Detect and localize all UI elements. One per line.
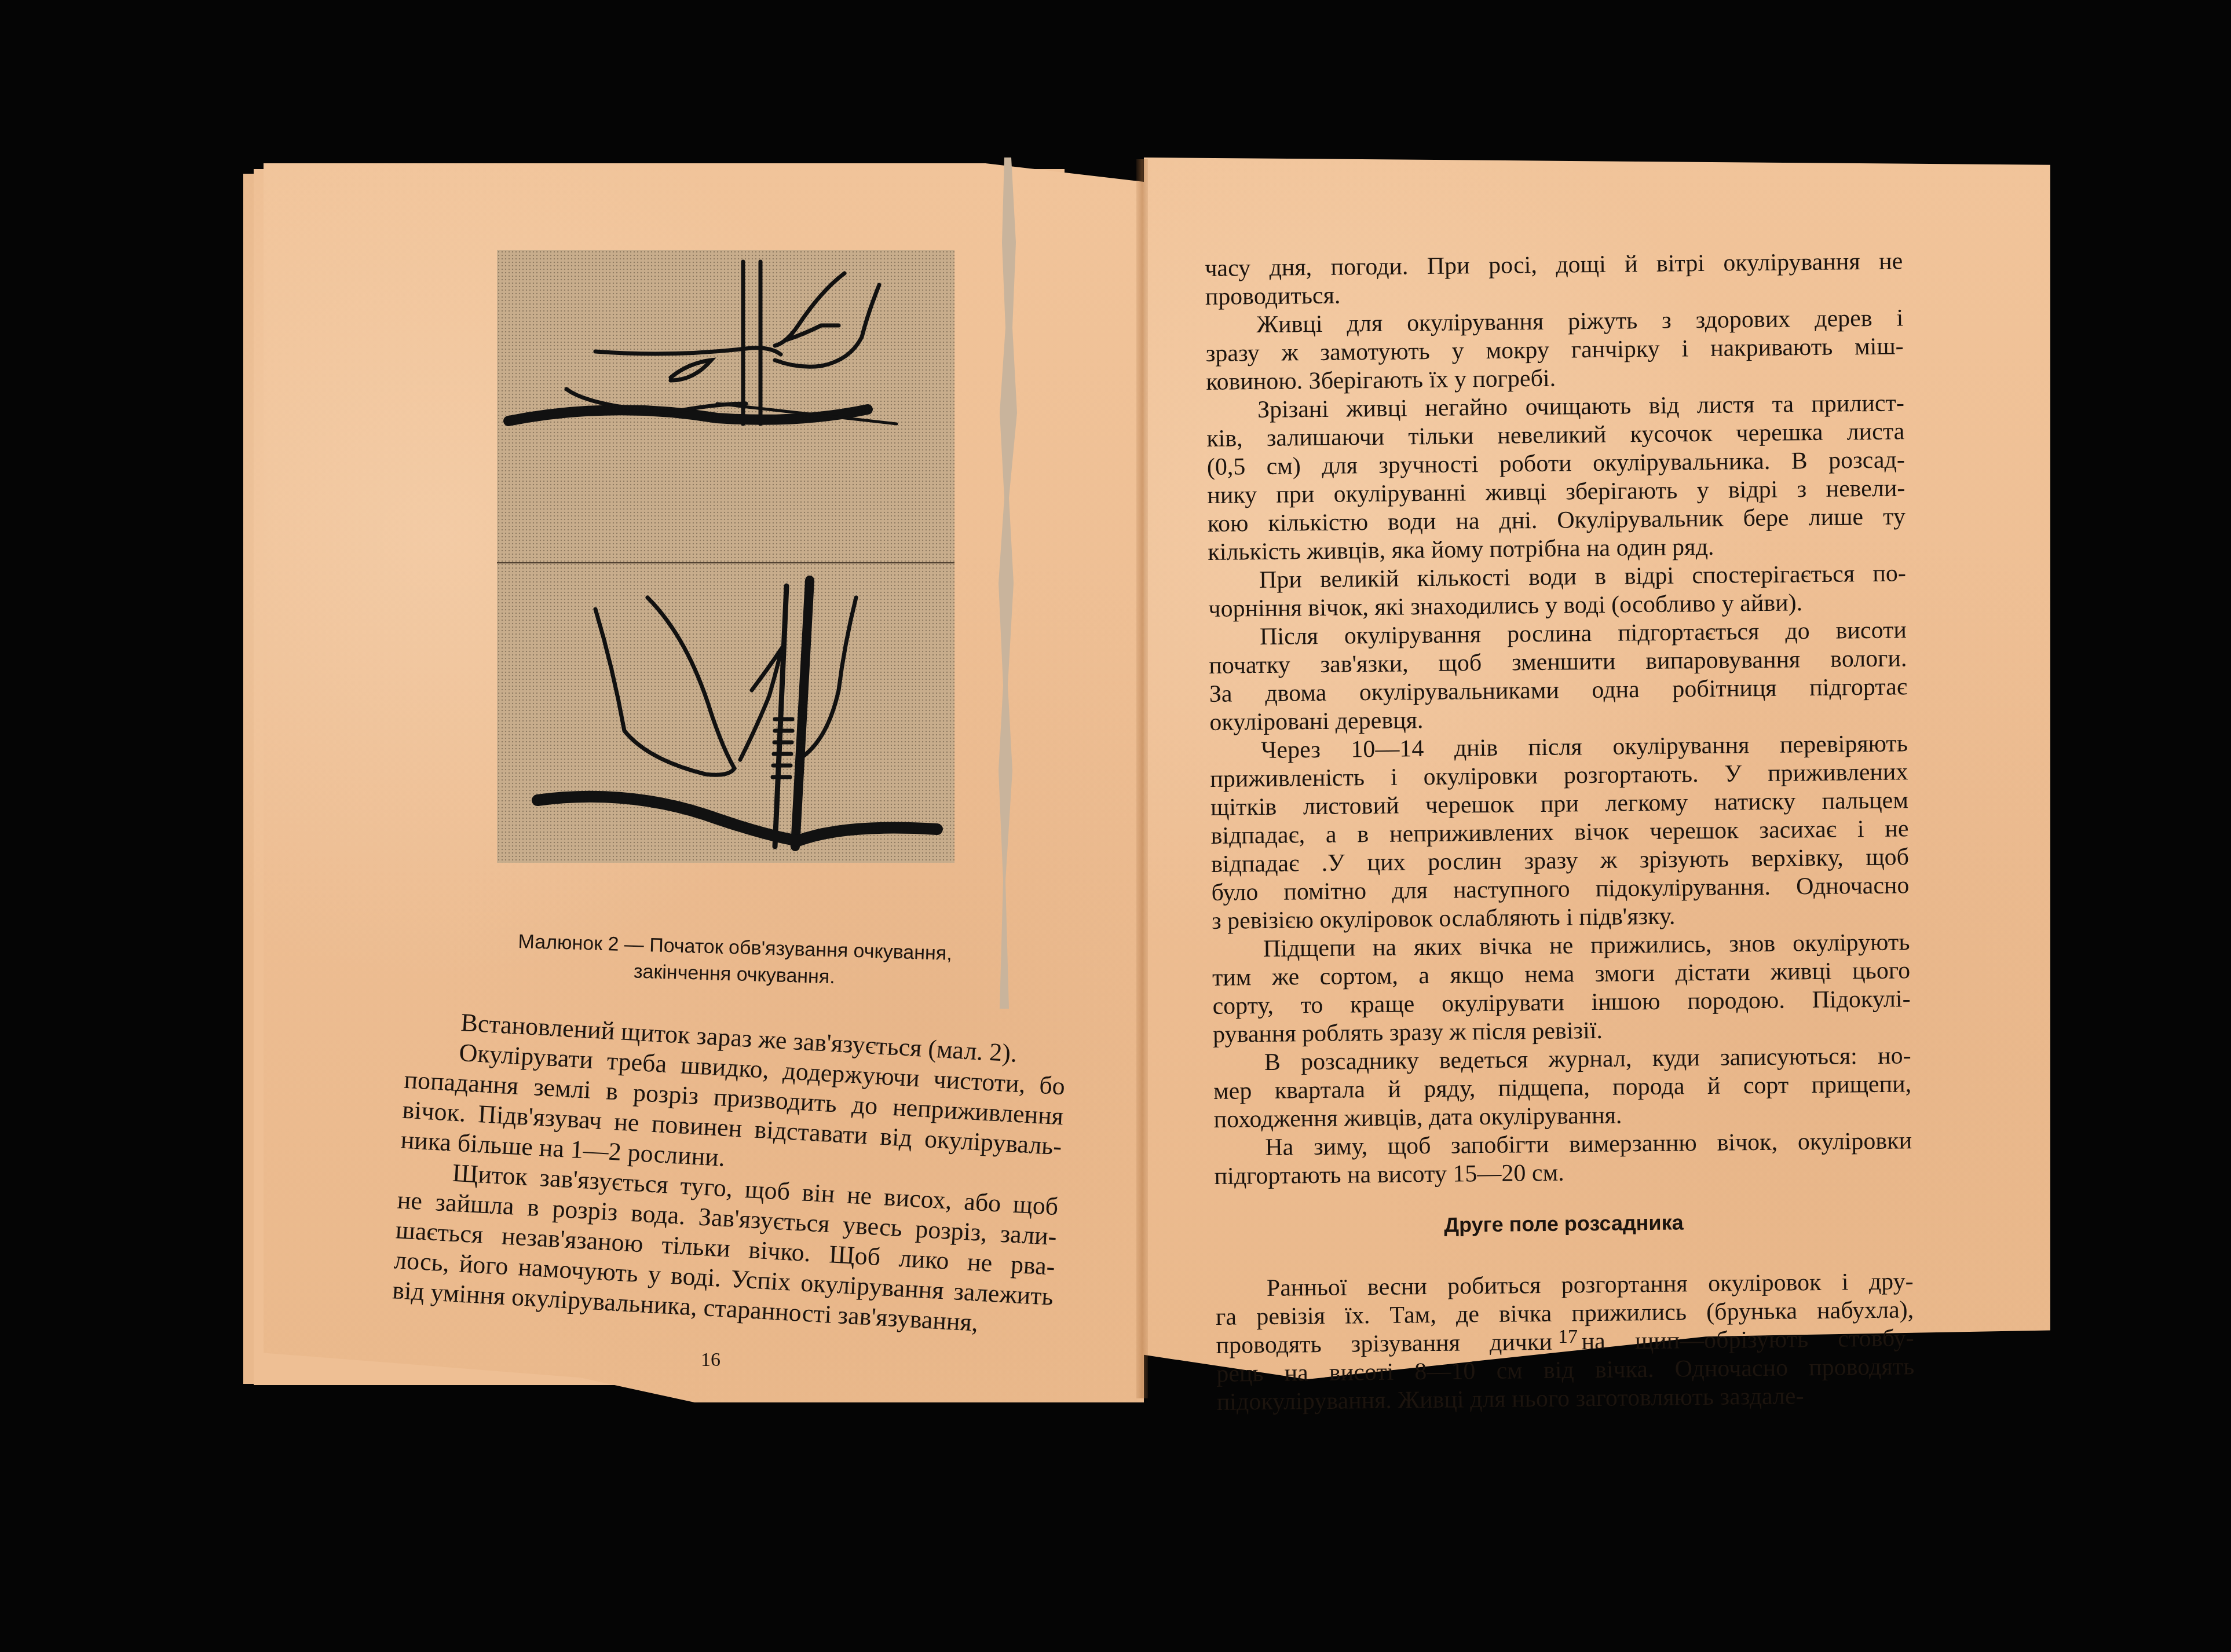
figure-2-illustration — [497, 250, 954, 863]
paragraph: Живці для окулірування ріжуть з здорових… — [1205, 304, 1904, 397]
paragraph: Після окулірування рослина підгортається… — [1209, 616, 1908, 737]
paragraph: В розсаднику ведеться журнал, куди запис… — [1213, 1042, 1911, 1134]
budding-binding-drawing — [497, 250, 954, 863]
paragraph: часу дня, погоди. При росі, дощі й вітрі… — [1205, 247, 1903, 312]
section-heading: Друге поле розсадника — [1215, 1206, 1912, 1241]
right-page-body: часу дня, погоди. При росі, дощі й вітрі… — [1205, 247, 1915, 1417]
paragraph: При великій кількості води в відрі спост… — [1208, 559, 1907, 624]
left-page-body: Встановлений щиток зараз же зав'язується… — [392, 1005, 1067, 1342]
page-number-right: 17 — [1558, 1326, 1578, 1348]
paragraph: На зиму, щоб запобігти вимерзанню вічок,… — [1214, 1127, 1912, 1191]
paragraph: Через 10—14 днів після окулірування пере… — [1210, 730, 1910, 936]
book-spine — [1136, 159, 1148, 1398]
paragraph: Зрізані живці негайно очищають від листя… — [1206, 389, 1906, 567]
open-book-spread: Малюнок 2 — Початок обв'язування очкуван… — [0, 0, 2231, 1652]
page-number-left: 16 — [701, 1349, 720, 1371]
paragraph: Підщепи на яких вічка не прижились, знов… — [1212, 928, 1911, 1049]
right-page-paragraphs: часу дня, погоди. При росі, дощі й вітрі… — [1205, 247, 1912, 1191]
